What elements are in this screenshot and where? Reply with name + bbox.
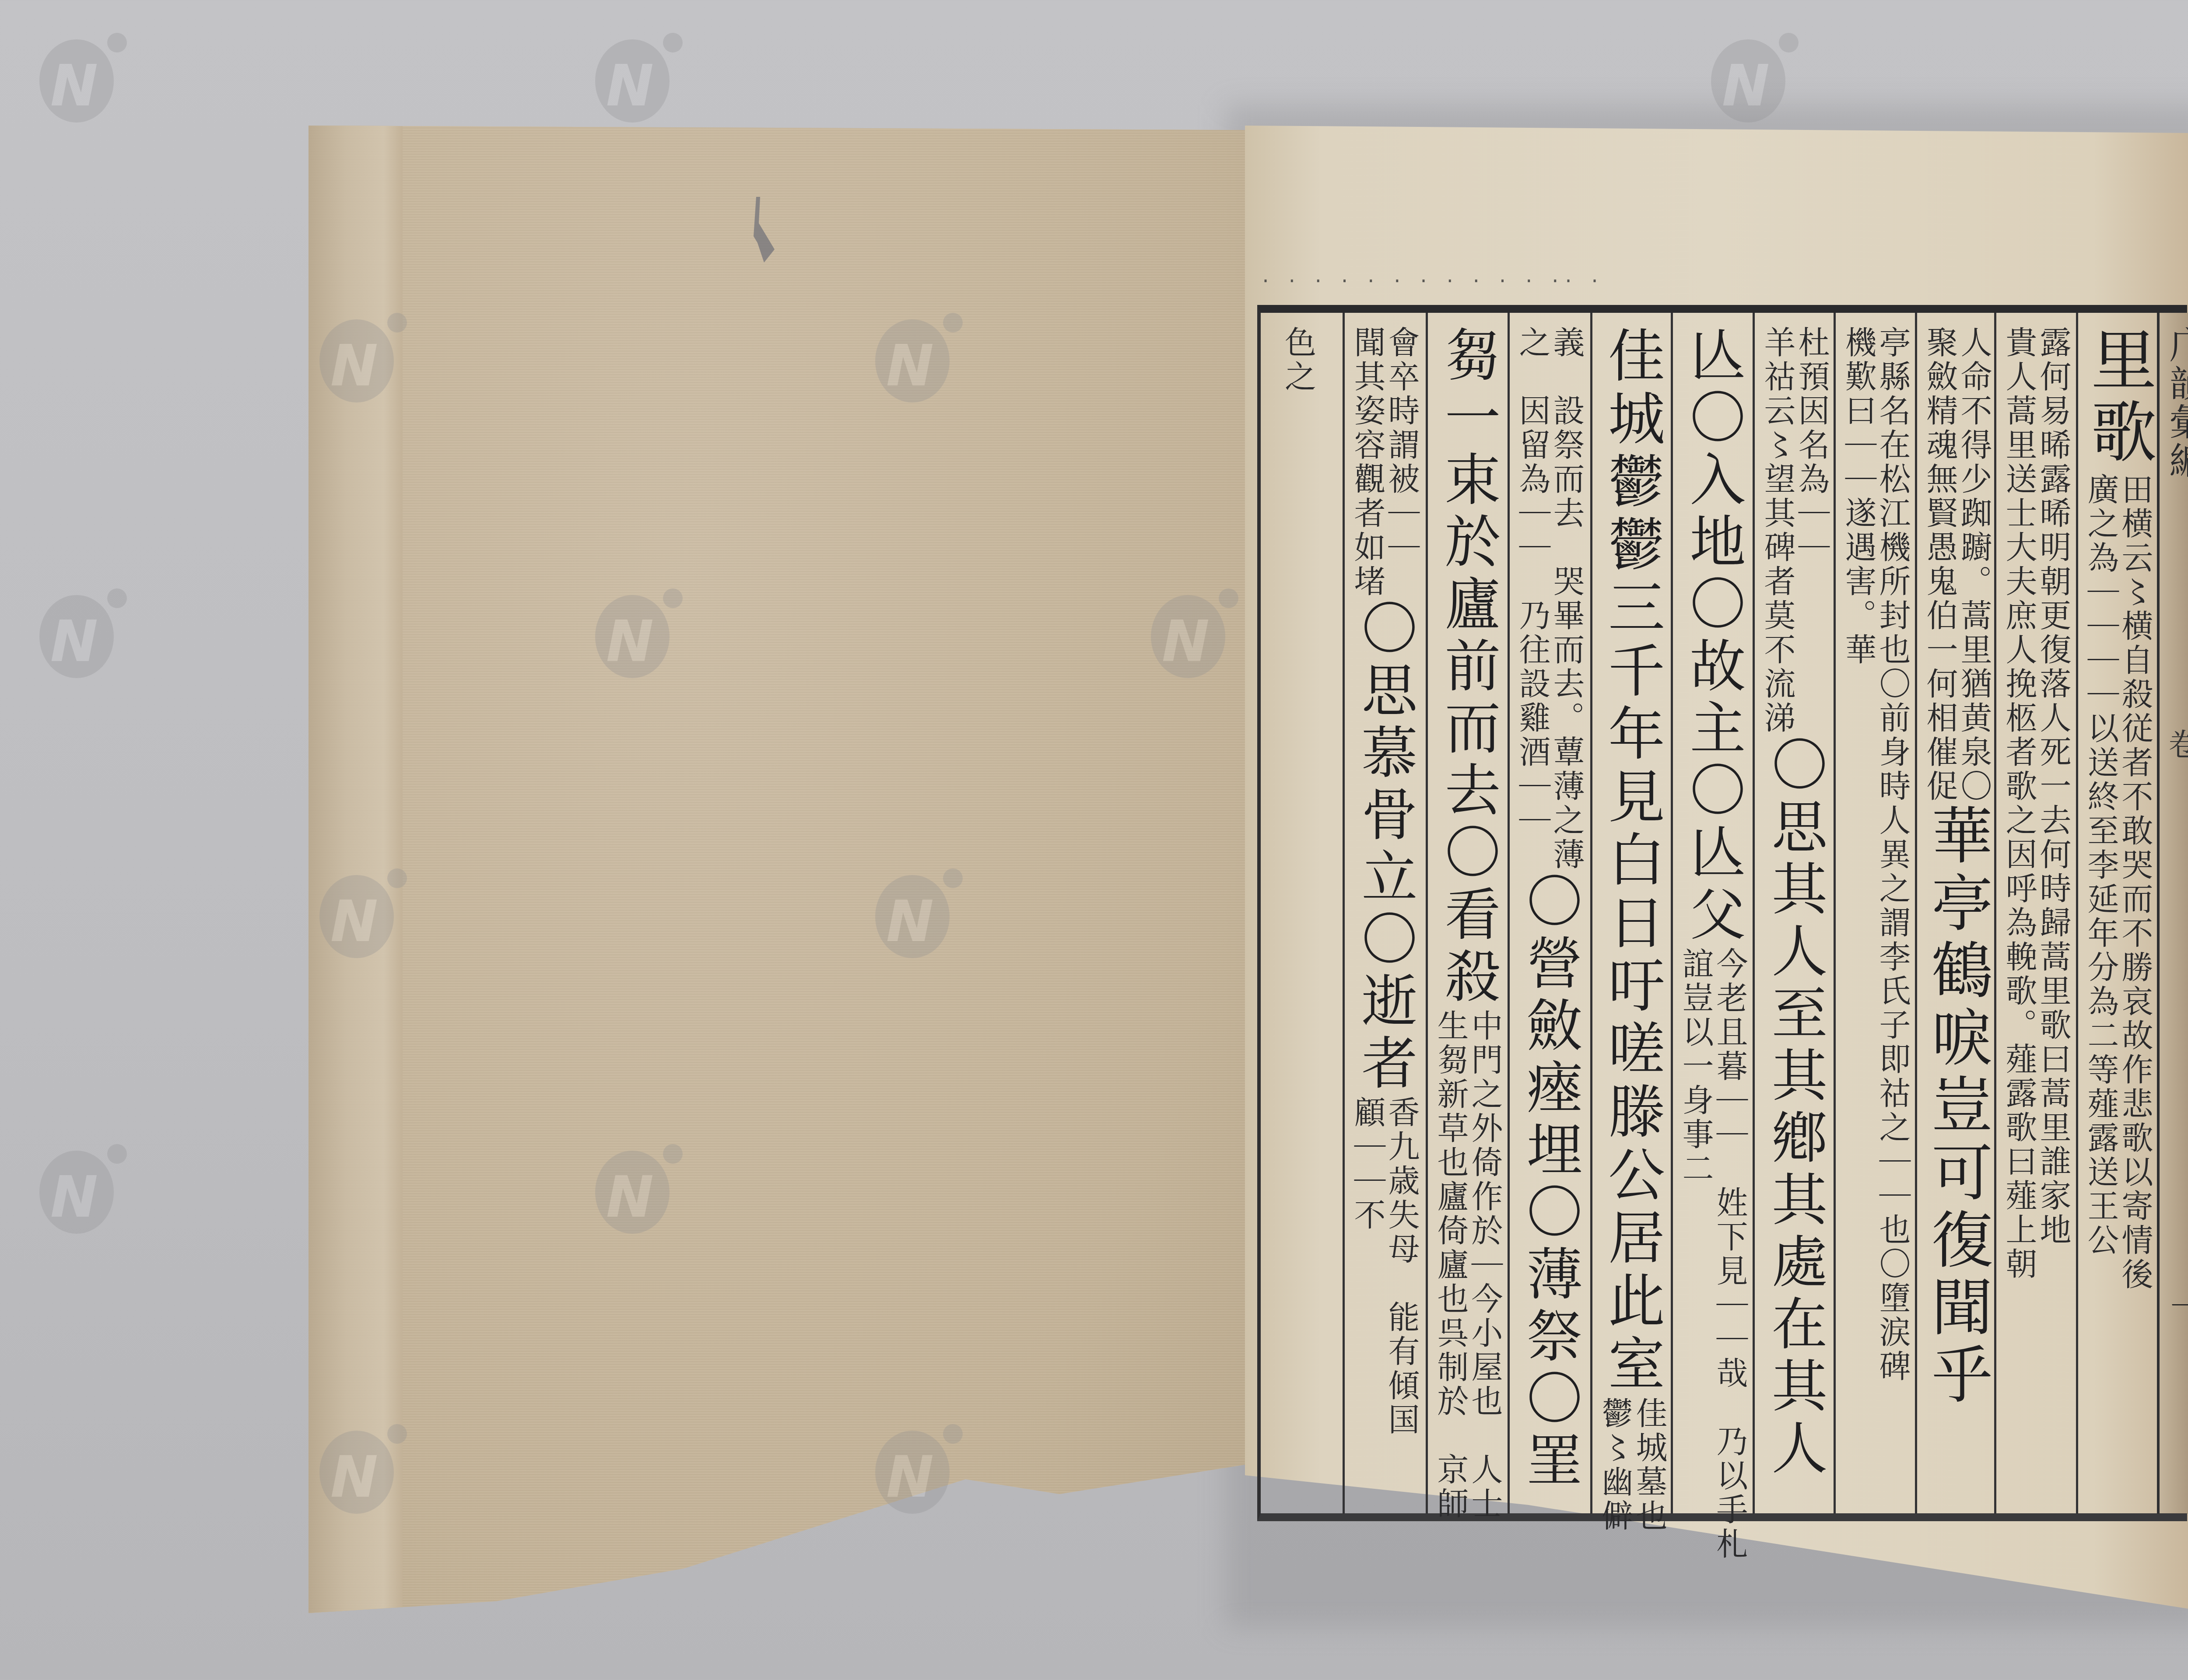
column-note: 露何易晞露晞明朝更復落人死一去何時歸蒿里歌曰蒿里誰家地 貴人蒿里送士大夫庶人挽柩… (2002, 326, 2070, 1281)
text-column-5: 杜預因名為｜｜ 羊祜云〻望其碑者莫不流涕 〇思其人至其鄕其處在其人 (1753, 313, 1834, 1514)
column-note: 義 設祭而去 哭畢而去。蕈薄之薄 之 因留為｜｜ 乃往設雞酒｜｜ (1515, 326, 1584, 872)
watermark-logo: N (582, 582, 683, 682)
text-column-6: 亾〇入地〇故主〇亾父 今老且暮｜｜ 姓下見｜｜哉 乃以手札 誼豈以一身事二 (1671, 313, 1752, 1514)
text-column-3: 人命不得少踟躕。蒿里猶黄泉〇 聚斂精魂無賢愚鬼伯一何相催促 華亭鶴唳豈可復聞乎 (1915, 313, 1996, 1514)
column-note: 色之 (1281, 326, 1315, 394)
column-heading: 里歌 (2081, 326, 2155, 469)
text-column-8: 義 設祭而去 哭畢而去。蕈薄之薄 之 因留為｜｜ 乃往設雞酒｜｜ 〇營斂瘞埋〇薄… (1508, 313, 1589, 1514)
column-heading: 佳城鬱鬱三千年見白日吁嗟滕公居此室 (1602, 326, 1663, 1397)
text-column-10: 會卒時謂被｜｜ 聞其姿容觀者如堵 〇思慕骨立〇逝者 香九歳失母 能有傾国 顧｜｜… (1343, 313, 1424, 1514)
text-column-4: 亭縣名在松江機所封也〇前身時人異之謂李氏子即祜之｜｜也〇墮涙碑 機歎曰｜｜遂遇害… (1834, 313, 1915, 1514)
watermark-logo: N (862, 862, 963, 962)
text-column-9: 芻一束於廬前而去〇看殺 中門之外倚作於｜今小屋也 人士 生芻新草也廬倚廬也呉制於… (1426, 313, 1507, 1514)
watermark-logo: N (582, 26, 683, 127)
watermark-logo: N (26, 26, 127, 127)
column-note: 佳城墓也 鬱〻幽僻 (1598, 1397, 1666, 1533)
volume-label: 卷 (2160, 728, 2188, 759)
watermark-logo: N (1138, 582, 1238, 682)
watermark-logo: N (26, 582, 127, 682)
watermark-logo: N (306, 306, 407, 407)
center-fold-margin: 广韻彙編 卷 一 (2157, 313, 2188, 1514)
text-column-7: 佳城鬱鬱三千年見白日吁嗟滕公居此室 佳城墓也 鬱〻幽僻 (1590, 313, 1672, 1514)
watermark-logo: N (862, 1417, 963, 1518)
column-heading: 亾〇入地〇故主〇亾父 (1682, 326, 1743, 947)
column-note: 今老且暮｜｜ 姓下見｜｜哉 乃以手札 誼豈以一身事二 (1679, 947, 1747, 1561)
text-column-1: 里歌 田横云〻横自殺従者不敢哭而不勝哀故作悲歌以寄情後 廣之為｜｜｜｜以送終至李… (2076, 313, 2157, 1514)
watermark-logo: N (1698, 26, 1799, 127)
column-note: 杜預因名為｜｜ 羊祜云〻望其碑者莫不流涕 (1760, 326, 1829, 735)
column-note: 人命不得少踟躕。蒿里猶黄泉〇 聚斂精魂無賢愚鬼伯一何相催促 (1923, 326, 1991, 804)
watermark-logo: N (306, 1417, 407, 1518)
watermark-logo: N (582, 1137, 683, 1238)
column-note: 會卒時謂被｜｜ 聞其姿容觀者如堵 (1350, 326, 1419, 599)
column-note: 香九歳失母 能有傾国 顧｜｜不 (1350, 1096, 1419, 1437)
watermark-logo: N (862, 306, 963, 407)
watermark-logo: N (306, 862, 407, 962)
left-page (309, 126, 1247, 1613)
column-note: 田横云〻横自殺従者不敢哭而不勝哀故作悲歌以寄情後 廣之為｜｜｜｜以送終至李延年分… (2084, 473, 2152, 1292)
column-heading: 華亭鶴唳豈可復聞乎 (1924, 804, 1990, 1410)
text-column-11: 色之 (1257, 313, 1339, 1514)
watermark-logo: N (26, 1137, 127, 1238)
book-title: 广韻彙編 (2159, 326, 2188, 480)
column-heading: 芻一束於廬前而去〇看殺 (1437, 326, 1498, 1009)
column-heading: 〇思其人至其鄕其處在其人 (1764, 735, 1825, 1481)
text-column-2: 露何易晞露晞明朝更復落人死一去何時歸蒿里歌曰蒿里誰家地 貴人蒿里送士大夫庶人挽柩… (1994, 313, 2076, 1514)
column-heading: 〇思慕骨立〇逝者 (1354, 599, 1415, 1096)
column-heading: 〇營斂瘞埋〇薄祭〇罣 (1519, 872, 1580, 1493)
column-note: 亭縣名在松江機所封也〇前身時人異之謂李氏子即祜之｜｜也〇墮涙碑 機歎曰｜｜遂遇害… (1841, 326, 1910, 1384)
page-number: 一 (2160, 1288, 2188, 1323)
top-margin-marks: · · · · · · · · · · · ·· · (1260, 271, 1602, 291)
column-note: 中門之外倚作於｜今小屋也 人士 生芻新草也廬倚廬也呉制於 京師 (1434, 1009, 1502, 1521)
